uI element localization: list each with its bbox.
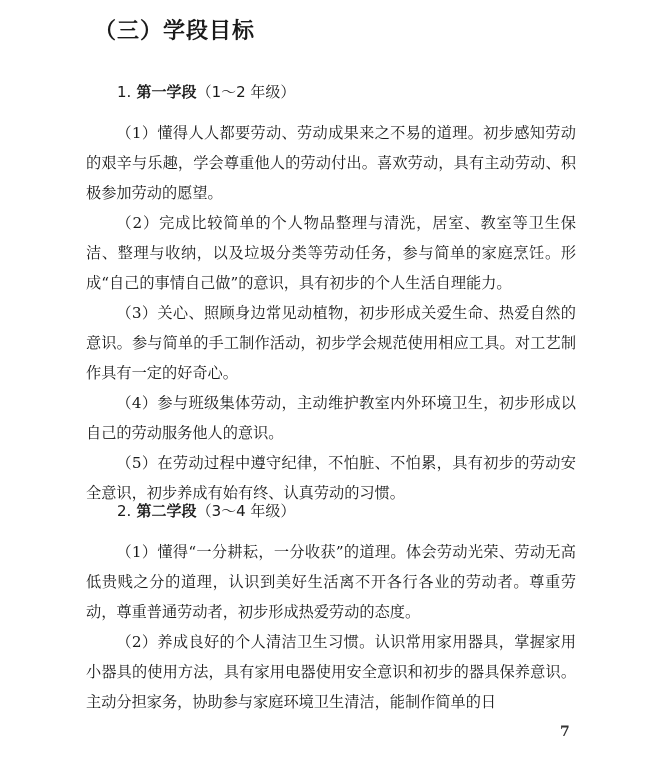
- paragraph: （5）在劳动过程中遵守纪律，不怕脏、不怕累，具有初步的劳动安全意识，初步养成有始…: [86, 448, 576, 508]
- stage-number: 2.: [117, 502, 131, 520]
- page-number: 7: [560, 724, 570, 740]
- stage-grade-range: （3～4 年级）: [197, 502, 296, 520]
- document-page: （三）学段目标 1. 第一学段（1～2 年级） （1）懂得人人都要劳动、劳动成果…: [0, 0, 665, 762]
- paragraph: （1）懂得人人都要劳动、劳动成果来之不易的道理。初步感知劳动的艰辛与乐趣，学会尊…: [86, 118, 576, 208]
- stage-number: 1.: [117, 83, 131, 101]
- stage-heading-1: 1. 第一学段（1～2 年级）: [117, 81, 295, 102]
- stage-name: 第二学段: [137, 502, 197, 520]
- paragraph: （1）懂得“一分耕耘，一分收获”的道理。体会劳动光荣、劳动无高低贵贱之分的道理，…: [86, 537, 576, 627]
- stage-name: 第一学段: [137, 83, 197, 101]
- section-title: （三）学段目标: [94, 14, 255, 45]
- stage-grade-range: （1～2 年级）: [197, 83, 296, 101]
- stage-2-paragraphs: （1）懂得“一分耕耘，一分收获”的道理。体会劳动光荣、劳动无高低贵贱之分的道理，…: [86, 537, 576, 717]
- paragraph: （2）养成良好的个人清洁卫生习惯。认识常用家用器具，掌握家用小器具的使用方法，具…: [86, 627, 576, 717]
- paragraph: （2）完成比较简单的个人物品整理与清洗，居室、教室等卫生保洁、整理与收纳，以及垃…: [86, 208, 576, 298]
- stage-heading-2: 2. 第二学段（3～4 年级）: [117, 500, 295, 521]
- paragraph: （4）参与班级集体劳动，主动维护教室内外环境卫生，初步形成以自己的劳动服务他人的…: [86, 388, 576, 448]
- stage-1-paragraphs: （1）懂得人人都要劳动、劳动成果来之不易的道理。初步感知劳动的艰辛与乐趣，学会尊…: [86, 118, 576, 508]
- paragraph: （3）关心、照顾身边常见动植物，初步形成关爱生命、热爱自然的意识。参与简单的手工…: [86, 298, 576, 388]
